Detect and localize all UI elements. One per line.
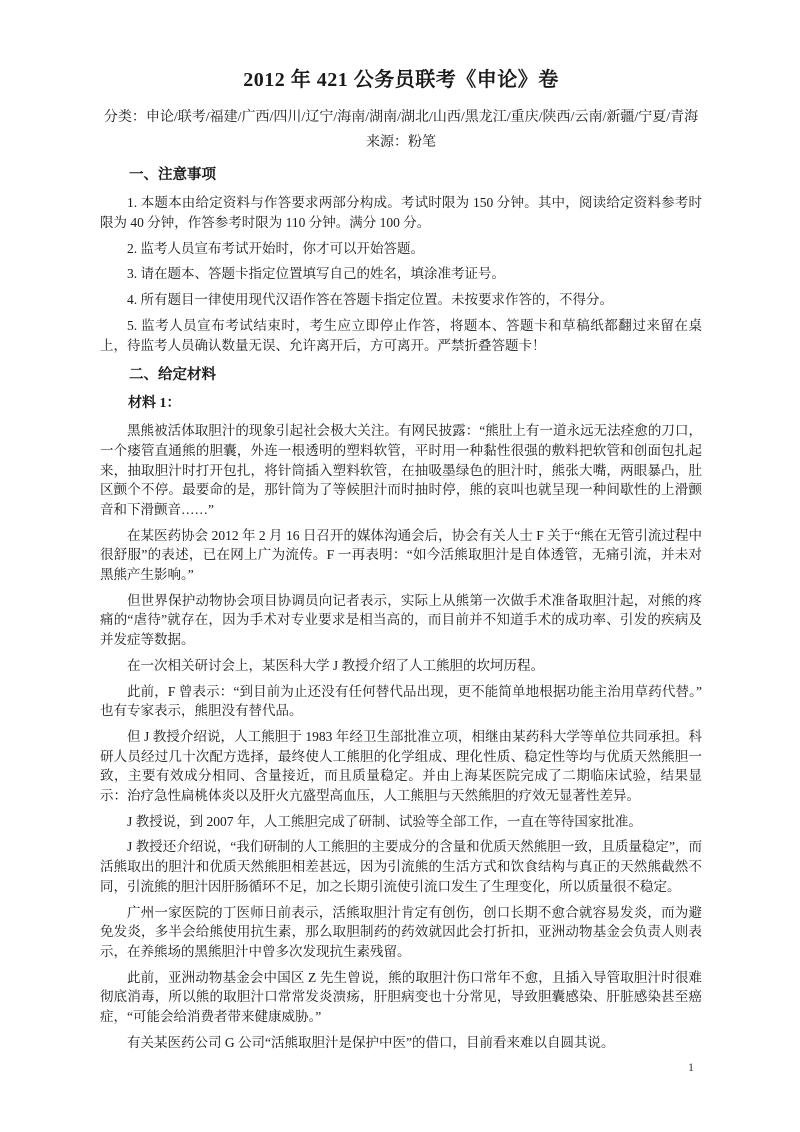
material-paragraph: 在某医药协会 2012 年 2 月 16 日召开的媒体沟通会后，协会有关人士 F… — [100, 526, 702, 585]
notice-item: 3. 请在题本、答题卡指定位置填写自己的姓名，填涂准考证号。 — [100, 264, 702, 284]
section-heading-notice: 一、注意事项 — [100, 165, 702, 185]
document-page: 2012 年 421 公务员联考《申论》卷 分类：申论/联考/福建/广西/四川/… — [0, 0, 800, 1132]
material-paragraph: 在一次相关研讨会上，某医科大学 J 教授介绍了人工熊胆的坎坷历程。 — [100, 656, 702, 676]
notice-item: 2. 监考人员宣布考试开始时，你才可以开始答题。 — [100, 239, 702, 259]
material-paragraph: 但 J 教授介绍说，人工熊胆于 1983 年经卫生部批准立项，相继由某药科大学等… — [100, 727, 702, 806]
material-paragraph: J 教授说，到 2007 年，人工熊胆完成了研制、试验等全部工作，一直在等待国家… — [100, 812, 702, 832]
material-paragraph: 广州一家医院的丁医师日前表示，活熊取胆汁肯定有创伤，创口长期不愈合就容易发炎，而… — [100, 903, 702, 962]
material-paragraph: 此前，亚洲动物基金会中国区 Z 先生曾说，熊的取胆汁伤口常年不愈，且插入导管取胆… — [100, 968, 702, 1027]
document-title: 2012 年 421 公务员联考《申论》卷 — [100, 66, 702, 94]
material-paragraph: 黑熊被活体取胆汁的现象引起社会极大关注。有网民披露：“熊肚上有一道永远无法痊愈的… — [100, 421, 702, 520]
section-heading-materials: 二、给定材料 — [100, 365, 702, 385]
material-paragraph: 有关某医药公司 G 公司“活熊取胆汁是保护中医”的借口，目前看来难以自圆其说。 — [100, 1033, 702, 1053]
page-number: 1 — [688, 1060, 694, 1075]
notice-item: 4. 所有题目一律使用现代汉语作答在答题卡指定位置。未按要求作答的，不得分。 — [100, 290, 702, 310]
material-paragraph: 此前，F 曾表示：“到目前为止还没有任何替代品出现，更不能简单地根据功能主治用草… — [100, 682, 702, 721]
material-paragraph: 但世界保护动物协会项目协调员向记者表示，实际上从熊第一次做手术准备取胆汁起，对熊… — [100, 591, 702, 650]
material-paragraph: J 教授还介绍说，“我们研制的人工熊胆的主要成分的含量和优质天然熊胆一致，且质量… — [100, 837, 702, 896]
notice-item: 5. 监考人员宣布考试结束时，考生应立即停止作答，将题本、答题卡和草稿纸都翻过来… — [100, 316, 702, 355]
material-1-label: 材料 1： — [100, 394, 702, 414]
meta-line: 分类：申论/联考/福建/广西/四川/辽宁/海南/湖南/湖北/山西/黑龙江/重庆/… — [100, 106, 702, 155]
notice-item: 1. 本题本由给定资料与作答要求两部分构成。考试时限为 150 分钟。其中，阅读… — [100, 193, 702, 232]
